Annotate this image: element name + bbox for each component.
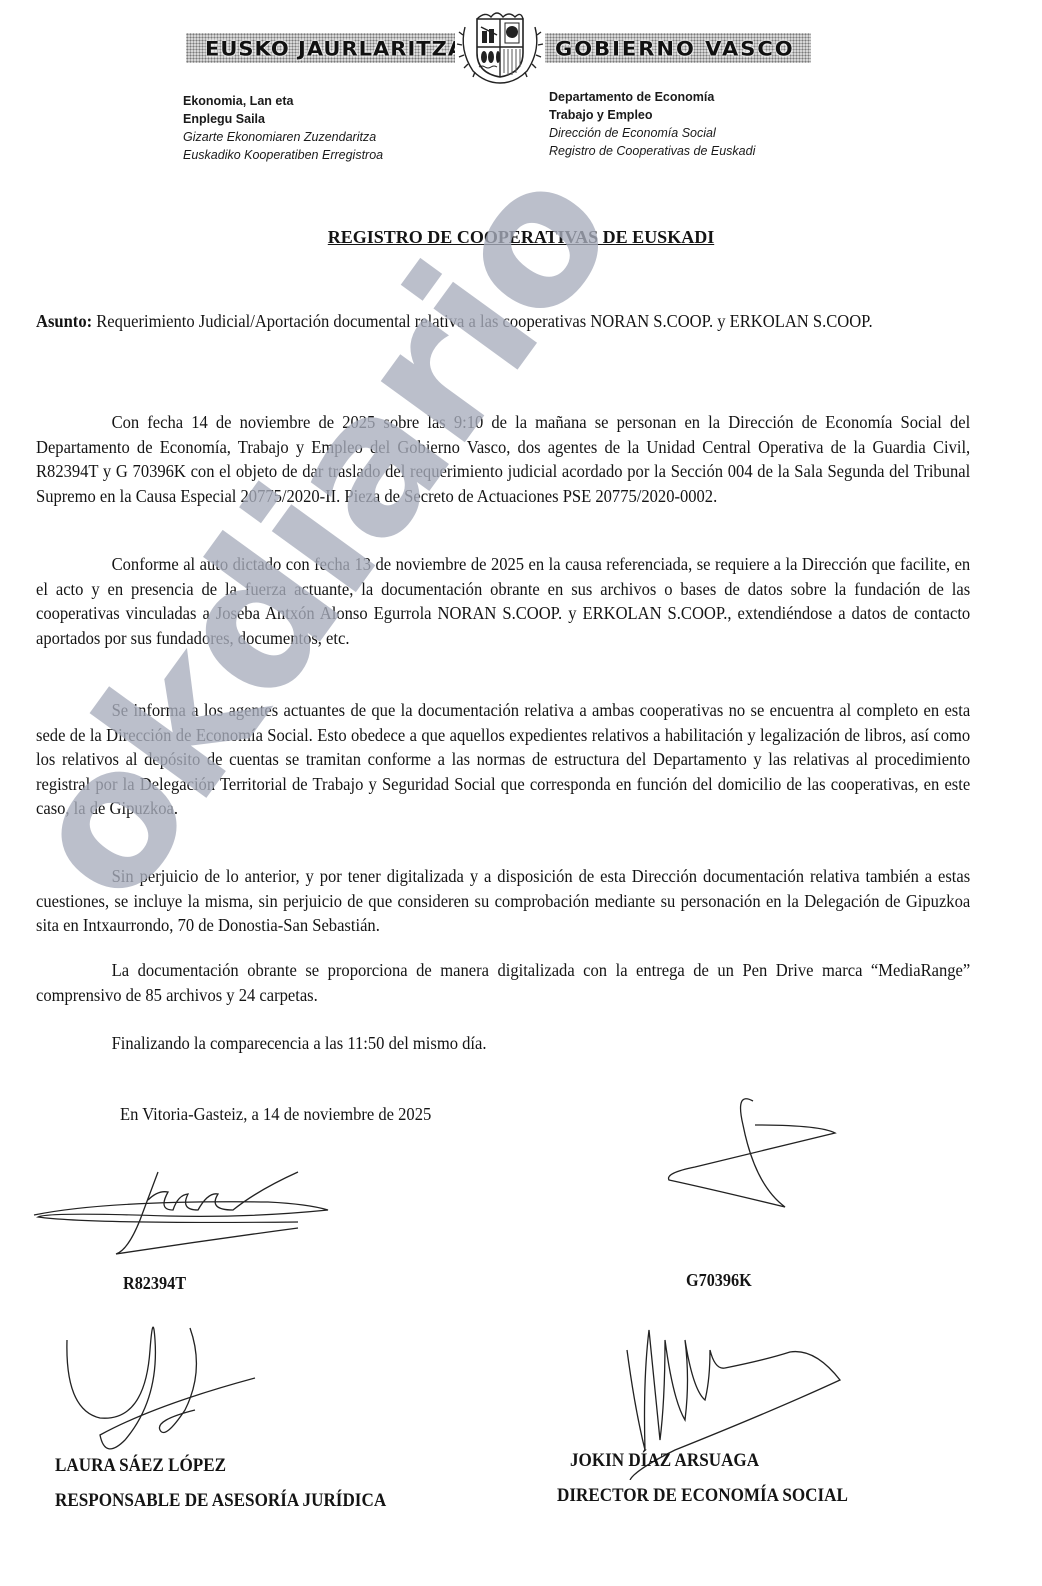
header-right-line3: Dirección de Economía Social — [549, 124, 755, 142]
banner-right-text: GOBIERNO VASCO — [555, 34, 795, 63]
header-basque-block: Ekonomia, Lan eta Enplegu Saila Gizarte … — [183, 92, 383, 164]
header-right-line4: Registro de Cooperativas de Euskadi — [549, 142, 755, 160]
header-left-line2: Enplegu Saila — [183, 110, 383, 128]
subject-label: Asunto: — [36, 311, 92, 331]
signature-responsable — [55, 1310, 295, 1460]
header-left-line3: Gizarte Ekonomiaren Zuzendaritza — [183, 128, 383, 146]
document-title-text: REGISTRO DE COOPERATIVAS DE EUSKADI — [328, 227, 714, 247]
signer2-role: DIRECTOR DE ECONOMÍA SOCIAL — [557, 1479, 848, 1513]
header-right-line1: Departamento de Economía — [549, 88, 755, 106]
place-date: En Vitoria-Gasteiz, a 14 de noviembre de… — [120, 1104, 431, 1125]
paragraph-6: Finalizando la comparecencia a las 11:50… — [36, 1031, 970, 1056]
paragraph-3: Se informa a los agentes actuantes de qu… — [36, 698, 970, 821]
signer1-role: RESPONSABLE DE ASESORÍA JURÍDICA — [55, 1484, 386, 1518]
subject-text: Requerimiento Judicial/Aportación docume… — [92, 311, 873, 331]
banner-left-text: EUSKO JAURLARITZA — [205, 34, 465, 63]
paragraph-2: Conforme al auto dictado con fecha 13 de… — [36, 552, 970, 650]
paragraph-5: La documentación obrante se proporciona … — [36, 958, 970, 1007]
paragraph-1: Con fecha 14 de noviembre de 2025 sobre … — [36, 410, 970, 508]
subject-line: Asunto: Requerimiento Judicial/Aportació… — [36, 298, 970, 344]
header-spanish-block: Departamento de Economía Trabajo y Emple… — [549, 88, 755, 160]
signer1-name: LAURA SÁEZ LÓPEZ — [55, 1449, 226, 1483]
header-right-line2: Trabajo y Empleo — [549, 106, 755, 124]
signer2-name: JOKIN DÍAZ ARSUAGA — [570, 1444, 759, 1478]
document-title: REGISTRO DE COOPERATIVAS DE EUSKADI — [0, 227, 1042, 248]
signature-agent1 — [28, 1170, 388, 1260]
paragraph-4: Sin perjuicio de lo anterior, y por tene… — [36, 864, 970, 938]
header-left-line4: Euskadiko Kooperatiben Erregistroa — [183, 146, 383, 164]
agent1-code: R82394T — [123, 1273, 186, 1294]
signature-agent2 — [655, 1095, 875, 1225]
header-left-line1: Ekonomia, Lan eta — [183, 92, 383, 110]
agent2-code: G70396K — [686, 1270, 752, 1291]
basque-coat-of-arms-icon — [455, 5, 545, 85]
